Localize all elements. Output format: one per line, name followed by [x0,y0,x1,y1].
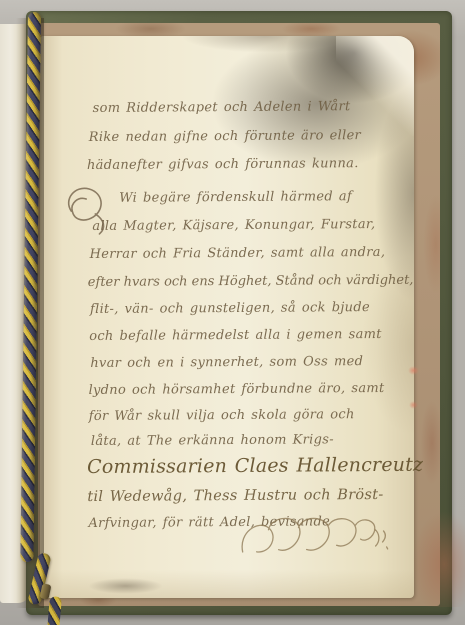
ink-smudge [88,578,163,594]
corner-rust-stain [413,512,465,607]
manuscript-page [40,36,414,598]
binding-cord-tip [47,596,62,625]
red-stain-spot [409,401,418,409]
scanned-manuscript-photo: { "document": { "kind_label": "handwritt… [0,0,465,625]
red-stain-spot [408,366,419,375]
curled-page-corner [336,36,414,136]
